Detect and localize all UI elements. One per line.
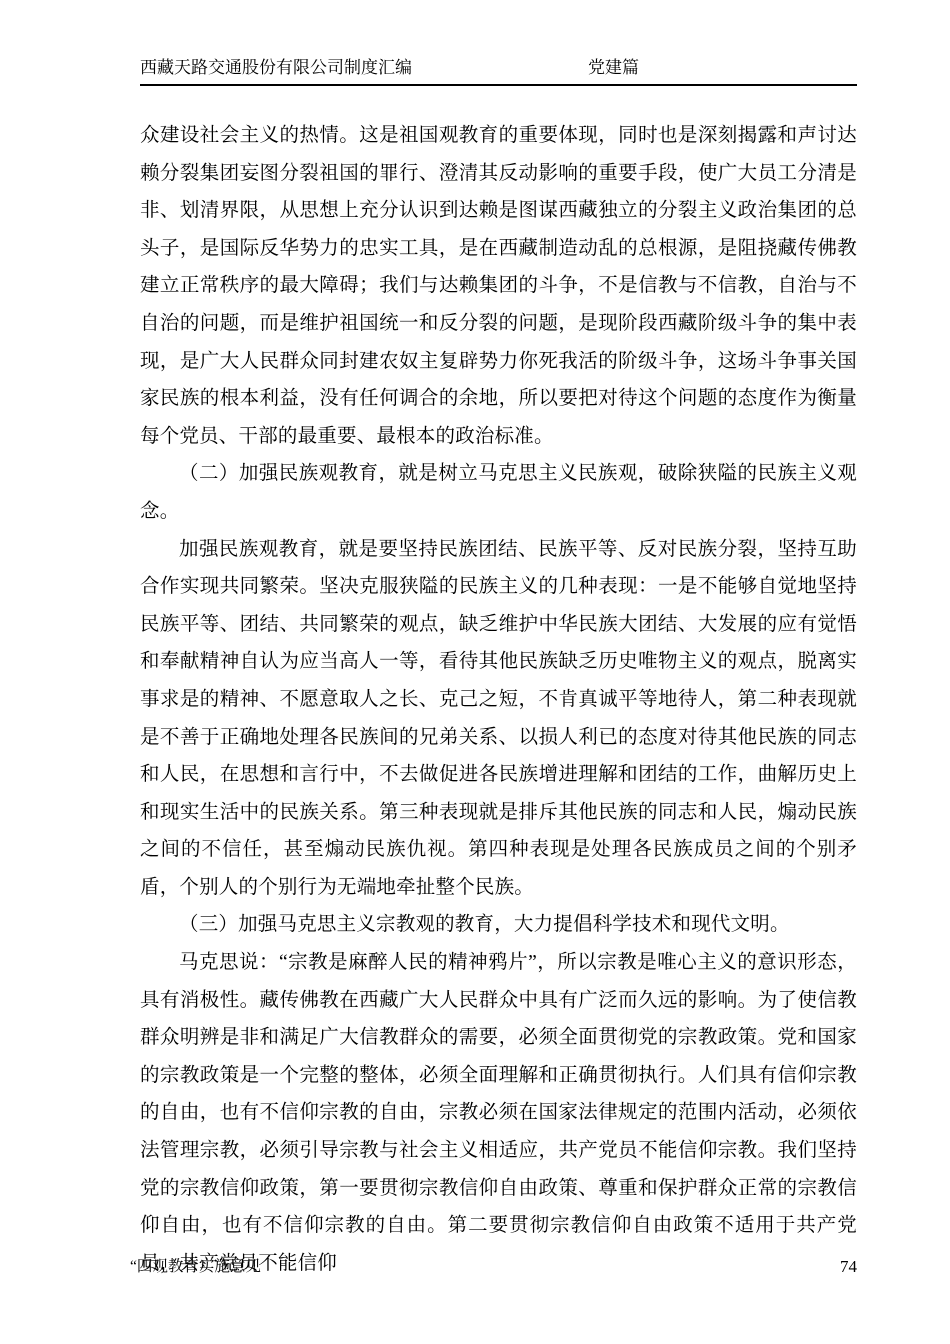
paragraph-continuation: 众建设社会主义的热情。这是祖国观教育的重要体现，同时也是深刻揭露和声讨达赖分裂集… [140, 117, 857, 455]
paragraph-heading-3: （三）加强马克思主义宗教观的教育，大力提倡科学技术和现代文明。 [140, 906, 857, 944]
page-number: 74 [840, 1256, 857, 1278]
header-company-title: 西藏天路交通股份有限公司制度汇编 [140, 56, 412, 80]
footer-doc-title: “四观教育实施意见 [130, 1256, 261, 1278]
document-page: 西藏天路交通股份有限公司制度汇编 党建篇 众建设社会主义的热情。这是祖国观教育的… [0, 0, 950, 1344]
paragraph-religion-view: 马克思说：“宗教是麻醉人民的精神鸦片”，所以宗教是唯心主义的意识形态，具有消极性… [140, 944, 857, 1282]
paragraph-ethnic-view: 加强民族观教育，就是要坚持民族团结、民族平等、反对民族分裂，坚持互助合作实现共同… [140, 531, 857, 907]
paragraph-heading-2: （二）加强民族观教育，就是树立马克思主义民族观，破除狭隘的民族主义观念。 [140, 455, 857, 530]
document-body: 众建设社会主义的热情。这是祖国观教育的重要体现，同时也是深刻揭露和声讨达赖分裂集… [140, 117, 857, 1282]
page-header: 西藏天路交通股份有限公司制度汇编 党建篇 [140, 56, 857, 86]
header-section-title: 党建篇 [588, 56, 639, 80]
